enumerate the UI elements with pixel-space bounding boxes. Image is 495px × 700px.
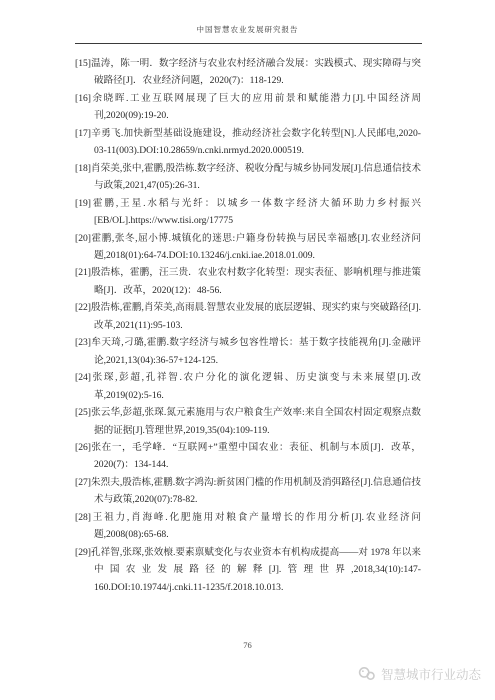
- reference-item: [28]王祖力,肖海峰.化肥施用对粮食产量增长的作用分析[J].农业经济问题,2…: [75, 509, 421, 544]
- header-rule: [75, 43, 422, 44]
- reference-item: [29]孔祥智,张琛,张效榱.要素禀赋变化与农业资本有机构成提高——对 1978…: [75, 544, 421, 596]
- reference-item: [19]霍鹏,王星.水稻与光纤：以城乡一体数字经济大循环助力乡村振兴[EB/OL…: [75, 195, 421, 230]
- reference-item: [17]辛勇飞.加快新型基础设施建设，推动经济社会数字化转型[N].人民邮电,2…: [75, 125, 421, 160]
- document-page: 中国智慧农业发展研究报告 [15]温涛，陈一明．数字经济与农业农村经济融合发展：…: [0, 0, 495, 700]
- watermark-logo-icon: [358, 666, 376, 682]
- reference-item: [16]余晓晖.工业互联网展现了巨大的应用前景和赋能潜力[J].中国经济周刊,2…: [75, 90, 421, 125]
- reference-item: [24]张琛,彭超,孔祥智.农户分化的演化逻辑、历史演变与未来展望[J].改革,…: [75, 369, 421, 404]
- reference-item: [21]殷浩栋，霍鹏，汪三贵．农业农村数字化转型：现实表征、影响机理与推进策略[…: [75, 264, 421, 299]
- reference-item: [27]朱烈夫,殷浩栋,霍鹏.数字鸿沟:新贫困门槛的作用机制及消弭路径[J].信…: [75, 474, 421, 509]
- reference-item: [26]张在一，毛学峰．“互联网+”重塑中国农业：表征、机制与本质[J]．改革，…: [75, 439, 421, 474]
- watermark: 智慧城市行业动态: [358, 665, 481, 683]
- reference-item: [15]温涛，陈一明．数字经济与农业农村经济融合发展：实践模式、现实障碍与突破路…: [75, 55, 421, 90]
- reference-item: [22]殷浩栋,霍鹏,肖荣美,高雨晨.智慧农业发展的底层逻辑、现实约束与突破路径…: [75, 299, 421, 334]
- watermark-text: 智慧城市行业动态: [381, 665, 481, 683]
- page-number: 76: [0, 640, 495, 650]
- references-list: [15]温涛，陈一明．数字经济与农业农村经济融合发展：实践模式、现实障碍与突破路…: [75, 55, 421, 596]
- reference-item: [23]牟天琦,刁璐,霍鹏.数字经济与城乡包容性增长：基于数字技能视角[J].金…: [75, 334, 421, 369]
- page-header-title: 中国智慧农业发展研究报告: [75, 24, 420, 35]
- reference-item: [18]肖荣美,张中,霍鹏,殷浩栋.数字经济、税收分配与城乡协同发展[J].信息…: [75, 160, 421, 195]
- reference-item: [25]张云华,彭超,张琛.氮元素施用与农户粮食生产效率:来自全国农村固定观察点…: [75, 404, 421, 439]
- reference-item: [20]霍鹏,张冬,屈小博.城镇化的迷思:户籍身份转换与居民幸福感[J].农业经…: [75, 230, 421, 265]
